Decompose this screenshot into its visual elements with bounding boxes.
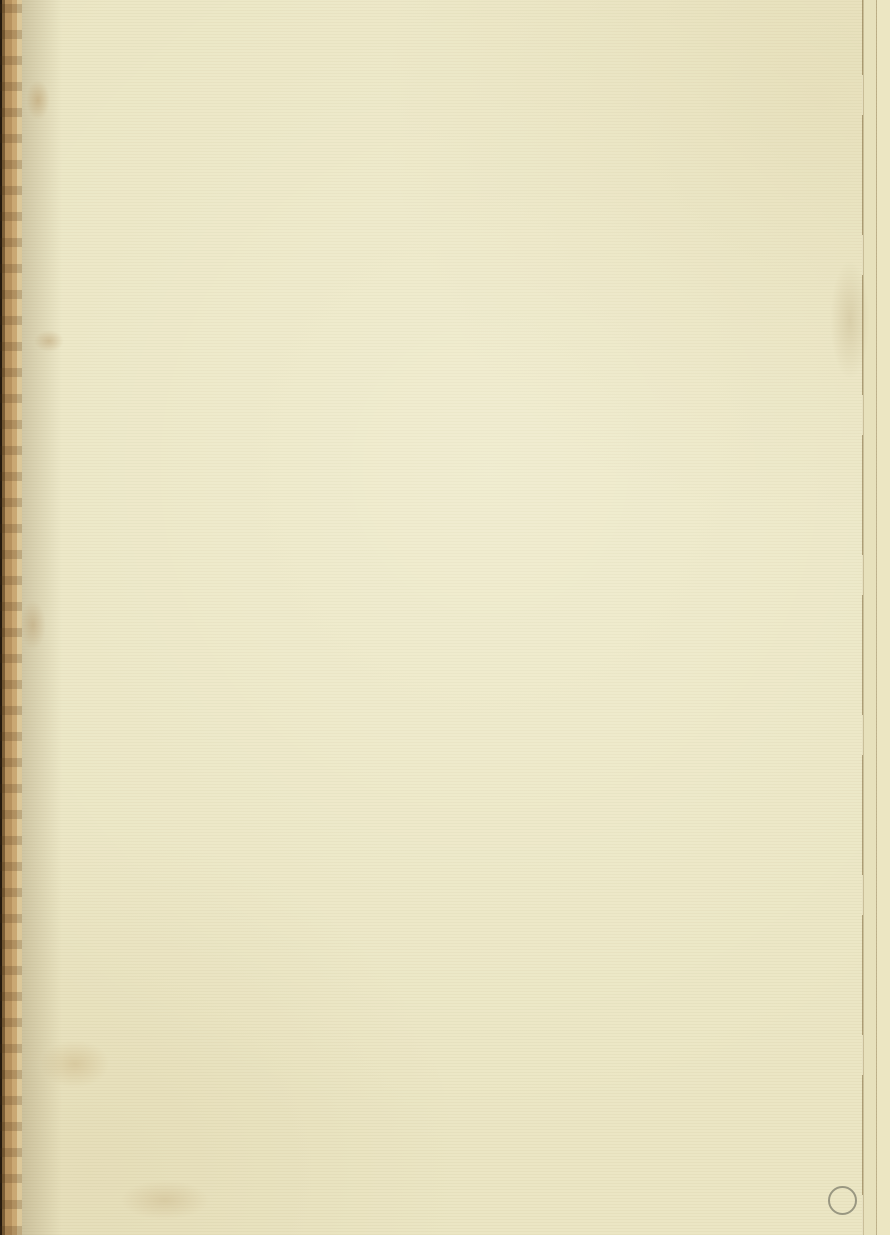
manuscript-page [0, 0, 890, 1235]
binding-edge [0, 0, 22, 1235]
library-monogram-icon [828, 1186, 857, 1215]
page-edge [862, 0, 890, 1235]
library-watermark [828, 1186, 864, 1215]
stain [120, 1180, 210, 1220]
margin-note [8, 190, 14, 214]
gutter-shadow [22, 0, 62, 1235]
